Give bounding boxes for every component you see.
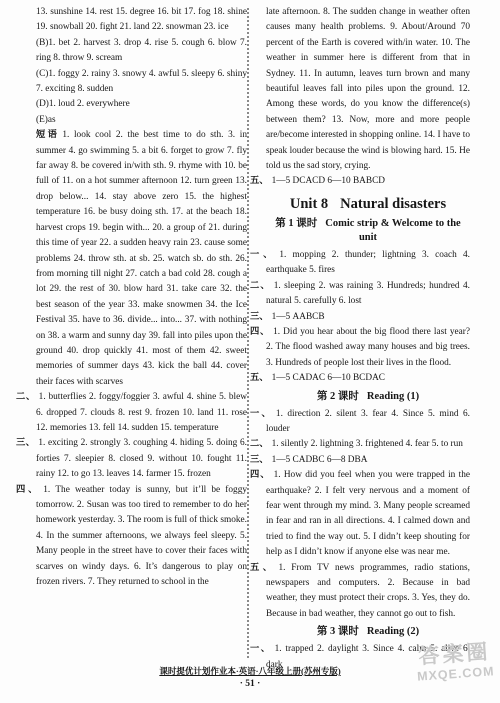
answer-block: (C)1. foggy 2. rainy 3. snowy 4. awful 5… [36,67,247,98]
answer-text: 1—5 DCACD 6—10 BABCD [272,176,385,186]
answer-text: (E)as [36,115,56,125]
answer-block: (E)as [36,113,247,128]
answer-text: 1—5 CADAC 6—10 BCDAC [272,373,385,383]
watermark: 答案圈 MXQE.COM [399,639,500,685]
answer-text: 1. How did you feel when you were trappe… [266,470,470,557]
answer-block: late afternoon. 8. The sudden change in … [266,5,470,174]
section-marker: 四、 [250,470,271,480]
answer-block: 四、1. Did you hear about the big flood th… [266,325,470,371]
answer-block-phrases: 短语1. look cool 2. the best time to do st… [36,128,247,390]
footer-book-title: 课时提优计划作业本·英语·八年级上册(苏州专版) [159,666,340,676]
answer-block: 五、1—5 CADAC 6—10 BCDAC [266,371,470,386]
answer-block: 三、1. exciting 2. strongly 3. coughing 4.… [36,436,247,482]
answer-text: (C)1. foggy 2. rainy 3. snowy 4. awful 5… [36,69,247,94]
answer-text: 1. From TV news programmes, radio statio… [266,563,470,619]
answer-text: 1—5 CADBC 6—8 DBA [272,455,368,465]
answer-text: (B)1. bet 2. harvest 3. drop 4. rise 5. … [36,38,247,63]
answer-text: 1. look cool 2. the best time to do sth.… [36,130,247,387]
answer-block: 五、1. From TV news programmes, radio stat… [266,561,470,623]
answer-text: 1—5 AABCB [272,312,325,322]
unit-heading: Unit 8Natural disasters [266,196,470,213]
answer-text: 1. sleeping 2. was raining 3. Hundreds; … [266,281,470,306]
answer-block: 二、1. silently 2. lightning 3. frightened… [266,437,470,452]
section-marker: 一、 [250,409,273,419]
answer-text: 1. The weather today is sunny, but it’ll… [36,485,247,587]
answer-block: 13. sunshine 14. rest 15. degree 16. bit… [36,5,247,36]
left-column: 13. sunshine 14. rest 15. degree 16. bit… [16,5,247,590]
lesson-1-label: 第 1 课时 [275,218,317,229]
answer-text: 1. silently 2. lightning 3. frightened 4… [272,439,463,449]
section-marker: 二、 [16,392,36,402]
answer-block: 一、1. direction 2. silent 3. fear 4. Sinc… [266,407,470,438]
section-marker: 一、 [250,644,272,654]
section-marker: 三、 [250,312,269,322]
lesson-1-heading: 第 1 课时Comic strip & Welcome to the unit [266,217,470,245]
answer-text: (D)1. loud 2. everywhere [36,99,130,109]
section-marker: 五、 [250,563,275,573]
phrases-label: 短语 [36,130,59,140]
lesson-3-heading: 第 3 课时Reading (2) [266,625,470,639]
section-marker: 五、 [250,176,269,186]
answer-text: 1. butterflies 2. foggy/foggier 3. awful… [36,392,247,433]
answer-block: 二、1. butterflies 2. foggy/foggier 3. awf… [36,390,247,436]
answer-text: 1. exciting 2. strongly 3. coughing 4. h… [36,438,247,479]
answer-text: late afternoon. 8. The sudden change in … [266,7,470,171]
answer-book-page: 13. sunshine 14. rest 15. degree 16. bit… [0,0,500,703]
column-divider-line [247,8,249,658]
unit-number: Unit 8 [290,196,328,212]
answer-text: 1. Did you hear about the big flood ther… [266,327,470,368]
answer-block: 五、1—5 DCACD 6—10 BABCD [266,174,470,189]
lesson-1-title: Comic strip & Welcome to the unit [325,218,460,243]
answer-block: 三、1—5 CADBC 6—8 DBA [266,453,470,468]
section-marker: 四、 [250,327,270,337]
answer-block: 三、1—5 AABCB [266,310,470,325]
lesson-3-label: 第 3 课时 [317,626,359,637]
answer-block: 二、1. sleeping 2. was raining 3. Hundreds… [266,279,470,310]
answer-text: 1. mopping 2. thunder; lightning 3. coac… [266,250,470,275]
section-marker: 三、 [16,438,35,448]
answer-block: (B)1. bet 2. harvest 3. drop 4. rise 5. … [36,36,247,67]
answer-text: 13. sunshine 14. rest 15. degree 16. bit… [36,7,247,32]
section-marker: 二、 [250,439,269,449]
answer-text: 1. direction 2. silent 3. fear 4. Since … [266,409,470,434]
unit-title: Natural disasters [340,196,446,212]
section-marker: 三、 [250,455,269,465]
answer-block: 四、1. How did you feel when you were trap… [266,468,470,560]
lesson-2-title: Reading (1) [367,391,419,402]
section-marker: 一、 [250,250,276,260]
lesson-2-label: 第 2 课时 [317,391,359,402]
right-column: late afternoon. 8. The sudden change in … [250,5,470,673]
section-marker: 五、 [250,373,269,383]
lesson-2-heading: 第 2 课时Reading (1) [266,390,470,404]
answer-block: (D)1. loud 2. everywhere [36,97,247,112]
section-marker: 四、 [16,485,40,495]
answer-block: 一、1. mopping 2. thunder; lightning 3. co… [266,248,470,279]
lesson-3-title: Reading (2) [367,626,419,637]
section-marker: 二、 [250,281,271,291]
answer-block: 四、1. The weather today is sunny, but it’… [36,483,247,591]
